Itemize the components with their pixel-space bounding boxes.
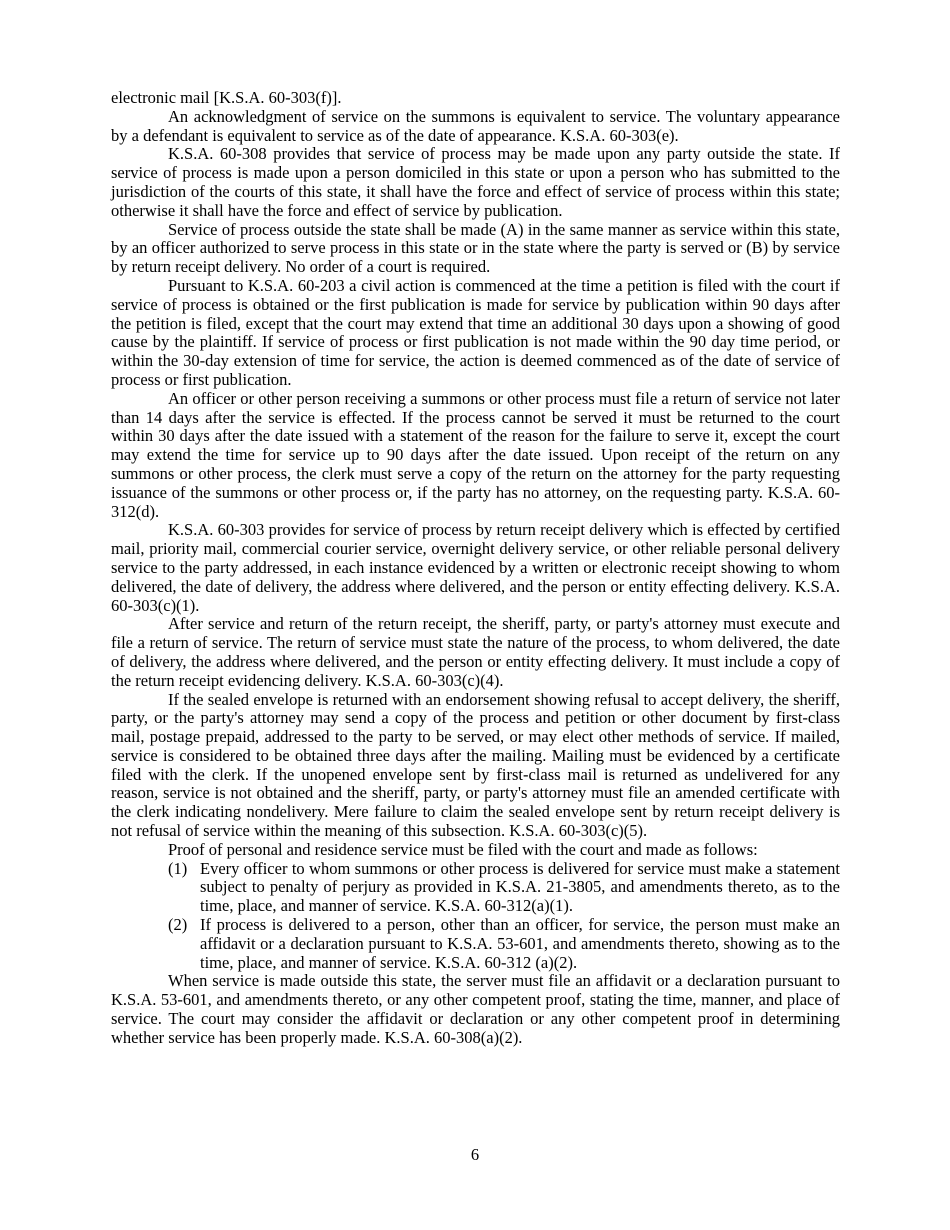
paragraph: If the sealed envelope is returned with … [111,691,840,841]
list-item-text: Every officer to whom summons or other p… [200,859,840,916]
paragraph: When service is made outside this state,… [111,972,840,1047]
paragraph: An acknowledgment of service on the summ… [111,108,840,146]
list-item: (2) If process is delivered to a person,… [111,916,840,972]
paragraph: Proof of personal and residence service … [111,841,840,860]
list-item-marker: (2) [168,916,187,935]
page-number: 6 [0,1146,950,1165]
paragraph: electronic mail [K.S.A. 60-303(f)]. [111,89,840,108]
paragraph: K.S.A. 60-303 provides for service of pr… [111,521,840,615]
list-item-marker: (1) [168,860,187,879]
paragraph: After service and return of the return r… [111,615,840,690]
paragraph: Service of process outside the state sha… [111,221,840,277]
paragraph: An officer or other person receiving a s… [111,390,840,522]
body-text: electronic mail [K.S.A. 60-303(f)]. An a… [111,89,840,1048]
list-item: (1) Every officer to whom summons or oth… [111,860,840,916]
document-page: electronic mail [K.S.A. 60-303(f)]. An a… [0,0,950,1230]
paragraph: K.S.A. 60-308 provides that service of p… [111,145,840,220]
list-item-text: If process is delivered to a person, oth… [200,915,840,972]
paragraph: Pursuant to K.S.A. 60-203 a civil action… [111,277,840,390]
